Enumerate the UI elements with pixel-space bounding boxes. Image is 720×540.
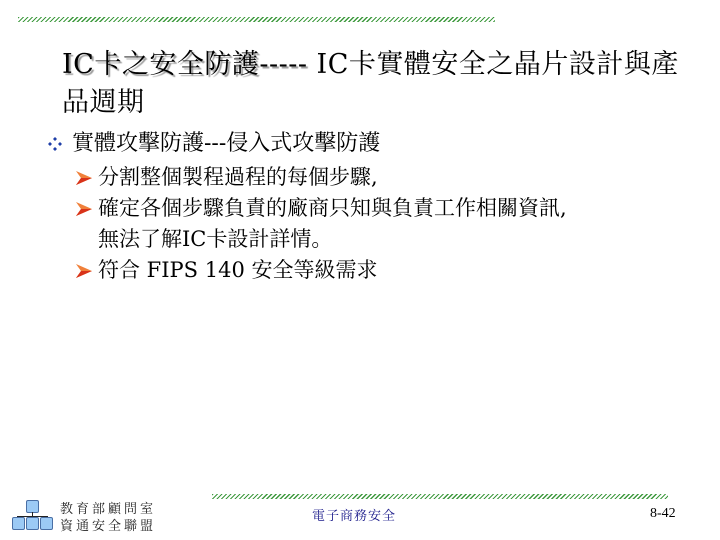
sub-bullet-item: 分割整個製程過程的每個步驟, — [74, 162, 696, 193]
logo-node-left-icon — [12, 517, 25, 530]
sub-bullet-item: 符合 FIPS 140 安全等級需求 — [74, 255, 696, 286]
organization-name: 教育部顧問室 資通安全聯盟 — [60, 501, 156, 535]
org-line-2: 資通安全聯盟 — [60, 518, 156, 535]
logo-node-right-icon — [40, 517, 53, 530]
diamond-cluster-icon — [46, 128, 64, 160]
organization-logo: 教育部顧問室 資通安全聯盟 — [10, 498, 160, 538]
title-part-1: IC卡之安全防護----- — [62, 49, 307, 80]
org-line-1: 教育部顧問室 — [60, 501, 156, 518]
sub-bullet-continuation: 無法了解IC卡設計詳情。 — [98, 227, 332, 251]
sub-bullet-text: 確定各個步驟負責的廠商只知與負責工作相關資訊, — [98, 196, 567, 220]
course-title: 電子商務安全 — [312, 505, 396, 524]
sub-bullet-text: 符合 FIPS 140 安全等級需求 — [98, 258, 378, 282]
bullet-list: 實體攻擊防護---侵入式攻擊防護 分割整個製程過程的每個步驟, 確定各個步驟負責… — [46, 128, 696, 286]
bullet-item: 實體攻擊防護---侵入式攻擊防護 — [46, 128, 696, 160]
arrowhead-icon — [74, 255, 94, 286]
arrowhead-icon — [74, 193, 94, 224]
bottom-decorative-bar — [212, 494, 668, 499]
page-number: 8-42 — [650, 506, 676, 522]
arrowhead-icon — [74, 162, 94, 193]
sub-bullet-item: 確定各個步驟負責的廠商只知與負責工作相關資訊, 無法了解IC卡設計詳情。 — [74, 193, 696, 255]
slide-title: IC卡之安全防護----- IC卡實體安全之晶片設計與產品週期 — [62, 46, 692, 122]
sub-bullet-text: 分割整個製程過程的每個步驟, — [98, 165, 378, 189]
bullet-text: 實體攻擊防護---侵入式攻擊防護 — [72, 131, 380, 156]
logo-node-middle-icon — [26, 517, 39, 530]
top-decorative-bar — [18, 17, 495, 22]
sub-bullet-list: 分割整個製程過程的每個步驟, 確定各個步驟負責的廠商只知與負責工作相關資訊, 無… — [46, 162, 696, 286]
